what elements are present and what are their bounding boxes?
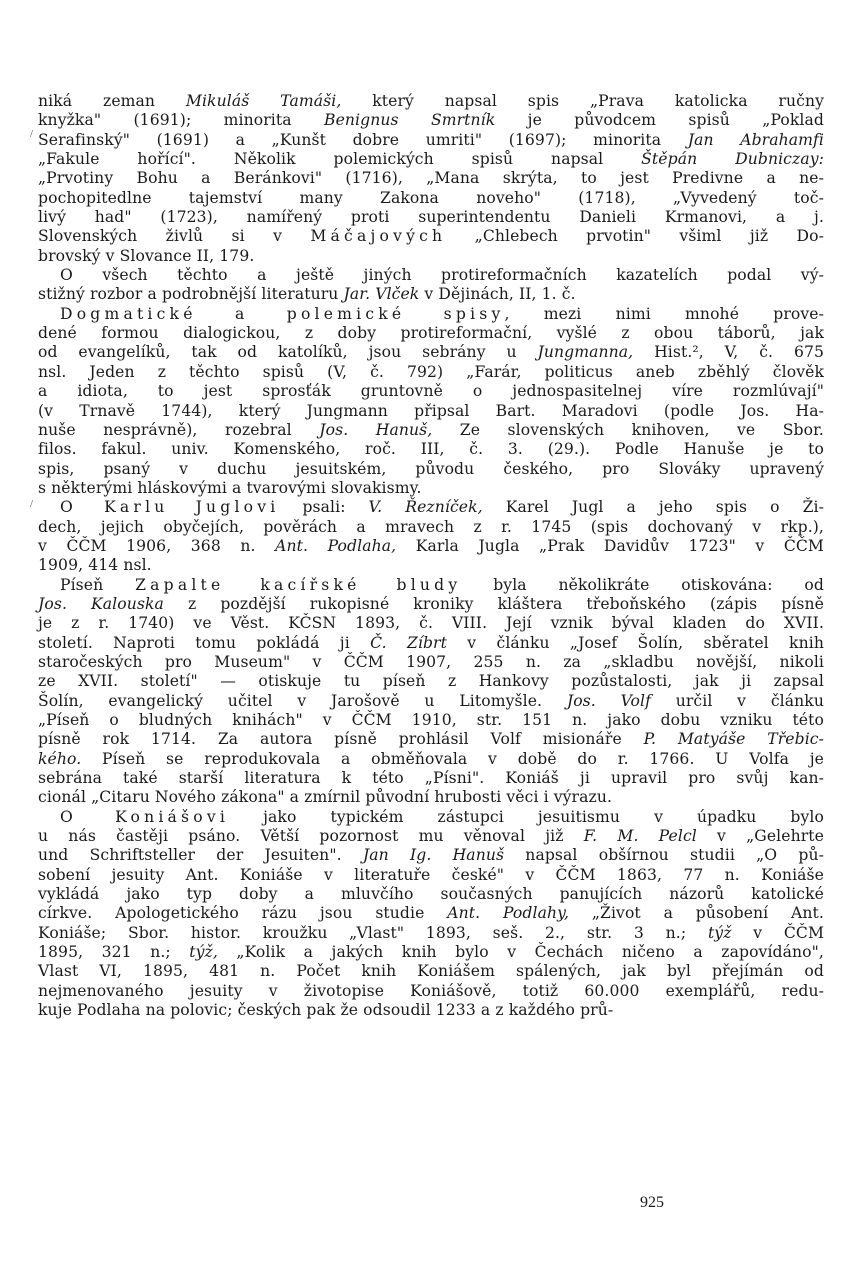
text-line: O Karlu Juglovi psali: V. Řezníček, Kare… xyxy=(38,498,824,517)
italic-name: Benignus Smrtník xyxy=(324,111,495,129)
margin-mark: / xyxy=(30,128,33,140)
italic-name: P. Matyáše Třebic- xyxy=(644,730,824,748)
text-line: dené formou dialogickou, z doby protiref… xyxy=(38,324,824,343)
spaced-emphasis: O Koniášovi xyxy=(60,808,229,826)
text-line: u nás častěji psáno. Větší pozornost mu … xyxy=(38,827,824,846)
text-line: staročeských pro Museum" v ČČM 1907, 255… xyxy=(38,653,824,672)
text-line: 1895, 321 n.; týž, „Kolik a jakých knih … xyxy=(38,943,824,962)
text-line: Slovenských živlů si v Máčajových „Chleb… xyxy=(38,227,824,246)
text-line: Jos. Kalouska z pozdější rukopisné kroni… xyxy=(38,595,824,614)
text-line: O všech těchto a ještě jiných protirefor… xyxy=(38,266,824,285)
italic-name: Jar. Vlček xyxy=(344,285,420,303)
text-line: a idiota, to jest sprosťák gruntovně o j… xyxy=(38,382,824,401)
text-line: je z r. 1740) ve Věst. KČSN 1893, č. VII… xyxy=(38,614,824,633)
text-line: vykládá jako typ doby a mluvčího současn… xyxy=(38,885,824,904)
text-line: s některými hláskovými a tvarovými slova… xyxy=(38,479,824,498)
italic-name: Jungmanna, xyxy=(537,343,633,361)
text-line: Vlast VI, 1895, 481 n. Počet knih Koniáš… xyxy=(38,962,824,981)
italic-name: Jos. Kalouska xyxy=(38,595,164,613)
italic-name: týž xyxy=(708,924,732,942)
text-line: kuje Podlaha na polovic; českých pak že … xyxy=(38,1001,824,1020)
text-line: knyžka" (1691); minorita Benignus Smrtní… xyxy=(38,111,824,130)
text-line: církve. Apologetického rázu jsou studie … xyxy=(38,904,824,923)
italic-name: Jos. Volf xyxy=(567,692,651,710)
text-line: livý had" (1723), namířený proti superin… xyxy=(38,208,824,227)
italic-name: Č. Zíbrt xyxy=(370,634,447,652)
text-line: v ČČM 1906, 368 n. Ant. Podlaha, Karla J… xyxy=(38,537,824,556)
italic-name: Jan Ig. Hanuš xyxy=(363,846,504,864)
text-line: století. Naproti tomu pokládá ji Č. Zíbr… xyxy=(38,634,824,653)
text-line: sebrána také starší literatura k této „P… xyxy=(38,769,824,788)
text-line: stižný rozbor a podrobnější literaturu J… xyxy=(38,285,824,304)
text-line: Koniáše; Sbor. histor. kroužku „Vlast" 1… xyxy=(38,924,824,943)
italic-name: Štěpán Dubniczay: xyxy=(641,150,824,168)
italic-name: týž, xyxy=(189,943,218,961)
text-line: cionál „Citaru Nového zákona" a zmírnil … xyxy=(38,788,824,807)
text-line: sobení jesuity Ant. Koniáše v literatuře… xyxy=(38,866,824,885)
page-text-block: niká zeman Mikuláš Tamáši, který napsal … xyxy=(38,92,824,1021)
text-line: „Píseň o bludných knihách" v ČČM 1910, s… xyxy=(38,711,824,730)
page-number: 925 xyxy=(640,1194,664,1212)
margin-mark: / xyxy=(30,498,33,510)
text-line: od evangelíků, tak od katolíků, jsou seb… xyxy=(38,343,824,362)
text-line: nejmenovaného jesuity v životopise Koniá… xyxy=(38,982,824,1001)
text-line: Dogmatické a polemické spisy, mezi nimi … xyxy=(38,305,824,324)
italic-name: F. M. Pelcl xyxy=(584,827,697,845)
spaced-emphasis: O Karlu Juglovi xyxy=(60,498,279,516)
spaced-emphasis: Dogmatické a polemické spisy xyxy=(60,305,504,323)
text-line: Serafinský" (1691) a „Kunšt dobre umriti… xyxy=(38,131,824,150)
text-line: dech, jejich obyčejích, pověrách a mrave… xyxy=(38,518,824,537)
text-line: (v Trnavě 1744), který Jungmann připsal … xyxy=(38,402,824,421)
text-line: nsl. Jeden z těchto spisů (V, č. 792) „F… xyxy=(38,363,824,382)
text-line: Píseň Zapalte kacířské bludy byla několi… xyxy=(38,576,824,595)
text-line: filos. fakul. univ. Komenského, roč. III… xyxy=(38,440,824,459)
text-line: kého. Píseň se reprodukovala a obměňoval… xyxy=(38,750,824,769)
text-line: brovský v Slovance II, 179. xyxy=(38,247,824,266)
text-line: spis, psaný v duchu jesuitském, původu č… xyxy=(38,460,824,479)
text-line: O Koniášovi jako typickém zástupci jesui… xyxy=(38,808,824,827)
text-line: ze XVII. století" — otiskuje tu píseň z … xyxy=(38,672,824,691)
text-line: niká zeman Mikuláš Tamáši, který napsal … xyxy=(38,92,824,111)
italic-name: kého. xyxy=(38,750,81,768)
italic-name: Ant. Podlahy, xyxy=(447,904,569,922)
italic-name: Jan Abrahamfi xyxy=(688,131,824,149)
text-line: nuše nesprávně), rozebral Jos. Hanuš, Ze… xyxy=(38,421,824,440)
spaced-emphasis: Zapalte kacířské bludy xyxy=(135,576,461,594)
italic-name: Ant. Podlaha, xyxy=(275,537,396,555)
text-line: písně rok 1714. Za autora písně prohlási… xyxy=(38,730,824,749)
text-line: pochopitedlne tajemství many Zakona nove… xyxy=(38,189,824,208)
italic-name: Mikuláš Tamáši, xyxy=(186,92,341,110)
spaced-emphasis: Máčajových xyxy=(310,227,446,245)
text-line: 1909, 414 nsl. xyxy=(38,556,824,575)
text-line: und Schriftsteller der Jesuiten". Jan Ig… xyxy=(38,846,824,865)
italic-name: V. Řezníček, xyxy=(369,498,483,516)
text-line: Šolín, evangelický učitel v Jarošově u L… xyxy=(38,692,824,711)
text-line: „Prvotiny Bohu a Beránkovi" (1716), „Man… xyxy=(38,169,824,188)
text-line: „Fakule hořící". Několik polemických spi… xyxy=(38,150,824,169)
italic-name: Jos. Hanuš, xyxy=(319,421,432,439)
